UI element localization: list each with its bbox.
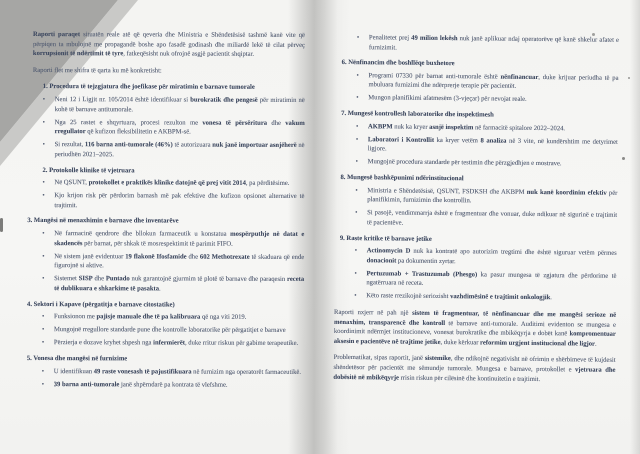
text-run: që kufizon fleksibilitetin e AKBPM-së. [86,128,191,135]
bullet-text: Pertuzumab + Trastuzumab (Phesgo) ka pas… [366,269,616,291]
section: 3. Mangësi në menaxhimin e barnave dhe i… [32,216,304,294]
section-title: 4. Sektori i Kapave (përgatitja e barnav… [27,300,304,311]
text-run: Nga 25 rastet e shqyrtuara, procesi rezu… [55,119,203,127]
text-run: dhe [93,276,106,283]
bullet-text: Si rezultat, 116 barna anti-tumorale (46… [55,140,305,160]
text-run: Këto raste rrezikojnë seriozisht [366,293,450,301]
bullet-item: •Në sistem janë evidentuar 19 flakonë If… [32,252,304,272]
bold-text-run: vazhdimësinë e trajtimit onkologjik [450,294,550,302]
section-title: 5. Vonesa dhe mangësi në furnizime [27,354,304,365]
text-run: në furnizim nga operatorët farmaceutikë. [192,368,302,375]
bold-text-run: reformim urgjent institucional dhe ligjo… [480,339,595,347]
bullet-icon: • [355,208,367,227]
bullet-icon: • [42,325,54,335]
bullet-text: 39 barna anti-tumorale janë shpërndarë p… [54,380,304,390]
bullet-text: Si pasojë, vendimmarrja është e fragment… [367,209,617,231]
bold-text-run: burokratik dhe pengesë [190,97,258,104]
bullet-icon: • [42,338,54,348]
bullet-item: •Nga 25 rastet e shqyrtuara, procesi rez… [33,118,305,138]
text-run: nuk ka kryer [393,123,430,130]
text-run: Si rezultat, [55,141,85,148]
bullet-icon: • [355,246,367,265]
bullet-item: •Si pasojë, vendimmarrja është e fragmen… [345,208,617,230]
bullet-item: •Në QSUNT, protokollet e praktikës klini… [32,178,304,189]
bullet-item: •U identifikuan 49 raste vonesash të paj… [32,367,304,378]
intro-paragraph: Raporti paraqet situatën reale atë që qe… [33,30,305,60]
bold-text-run: nënfinancuar [500,73,538,80]
bullet-text: Actinomycin D nuk ka kontratë apo autori… [367,246,617,268]
intro-paragraph: Raporti flet me shifra të qarta ku më ko… [33,66,305,77]
text-run: pa dokumentin zyrtar. [396,257,455,265]
bullet-text: Në sistem janë evidentuar 19 flakonë Ifo… [54,252,304,272]
bullet-icon: • [354,269,366,288]
section: 7. Mungesë kontrollesh laboratorike dhe … [346,109,619,170]
bullet-text: Funksionon me pajisje manuale dhe të pa … [54,312,304,322]
bullet-icon: • [43,140,55,159]
bold-text-run: nuk kanë koordinim efektiv [527,189,607,197]
bullet-icon: • [42,274,54,293]
text-run: Në sistem janë evidentuar [54,253,125,260]
bullet-item: •Funksionon me pajisje manuale dhe të pa… [32,312,304,323]
bold-text-run: pajisje manuale dhe të pa kalibruara [96,313,200,320]
bullet-icon: • [42,380,54,390]
bullet-item: •Kjo krijon risk për përdorim barnash më… [32,191,304,211]
bullet-text: Ministria e Shëndetësisë, QSUNT, FSDKSH … [367,186,617,208]
bullet-item: •Ministria e Shëndetësisë, QSUNT, FSDKSH… [345,186,617,208]
bullet-item: •Penalitetet prej 49 milion lekësh nuk j… [347,33,619,55]
text-run: Si pasojë, vendimmarrja është e fragment… [367,210,617,227]
bullet-icon: • [357,33,369,52]
bullet-icon: • [42,252,54,271]
text-run: , pa përditësime. [246,180,290,187]
bold-text-run: korrupsionit të ndërtimit të tyre [33,50,123,57]
text-run: nuk garantojnë gjurmim të plotë të barna… [130,276,287,284]
text-run: të autorizuara [173,142,213,149]
section-title: 9. Raste kritike të barnave jetike [340,233,617,245]
bullet-icon: • [354,292,366,302]
bullet-text: AKBPM nuk ka kryer asnjë inspektim në fa… [368,122,618,134]
text-run: U identifikuan [54,368,94,375]
bullet-icon: • [356,94,368,104]
bold-text-run: asnjë inspektim [429,124,473,131]
bold-text-run: Laboratori i Kontrollit [368,136,434,144]
text-run: Ministria e Shëndetësisë, QSUNT, FSDKSH … [367,187,526,196]
bullet-text: Penalitetet prej 49 milion lekësh nuk ja… [369,33,619,55]
text-run: Mungojnë procedura standarde për testimi… [368,159,562,168]
bullet-text: Programi 07330 për barnat anti-tumorale … [368,71,618,93]
bullet-text: Sistemet SISP dhe Puntado nuk garantojnë… [54,274,304,294]
bullet-icon: • [43,95,55,114]
section: 4. Sektori i Kapave (përgatitja e barnav… [32,300,304,349]
bullet-item: •Mungojnë procedura standarde për testim… [346,157,618,169]
bold-text-run: Pertuzumab + Trastuzumab (Phesgo) [366,270,477,278]
bold-text-run: 49 milion lekësh [411,35,457,42]
scan-artifact [0,218,3,232]
text-run: që nga viti 2019. [200,314,246,321]
bold-text-run: 8 analiza [480,137,506,144]
bold-text-run: sistemike [425,355,451,362]
text-run: Vonesa dhe mangësi në furnizime [33,355,127,362]
text-run: Procedura të tejzgjatura dhe joefikase p… [49,83,254,91]
bullet-item: •Këto raste rrezikojnë seriozisht vazhdi… [344,291,616,303]
bullet-item: •Pertuzumab + Trastuzumab (Phesgo) ka pa… [344,269,616,291]
section: 1. Procedura të tejzgjatura dhe joefikas… [33,82,305,160]
text-run: Mangësi në menaxhimin e barnave dhe inve… [34,217,179,225]
bullet-icon: • [43,118,55,137]
bold-text-run: 116 barna anti-tumorale (46%) [85,142,173,149]
bullet-item: •Laboratori i Kontrollit ka kryer vetëm … [346,135,618,157]
closing-paragraph: Problematikat, sipas raportit, janë sist… [333,353,615,385]
bullet-icon: • [355,186,367,205]
bullet-item: •AKBPM nuk ka kryer asnjë inspektim në f… [346,122,618,134]
text-run: Kjo krijon risk për përdorim barnash më … [54,192,304,209]
text-run: nuk ka kontratë apo autorizim tregtimi d… [410,248,616,257]
section-title: 1. Procedura të tejzgjatura dhe joefikas… [43,82,305,93]
section-title: 6. Nënfinancim dhe boshllëqe buxhetore [342,58,619,70]
text-run: për barnat, për shkak të mosrespektimit … [82,240,232,248]
text-run: Sektori i Kapave (përgatitja e barnave c… [34,301,175,308]
bullet-icon: • [42,178,54,188]
text-run: . [595,340,597,347]
section: 8. Mungesë bashkëpunimi ndërinstituciona… [345,173,618,230]
text-run: Funksionon me [54,313,97,320]
bold-text-run: 19 flakonë Ifosfamide [125,253,186,260]
bullet-item: •Actinomycin D nuk ka kontratë apo autor… [345,246,617,268]
section: 9. Raste kritike të barnave jetike•Actin… [344,233,617,303]
section: 5. Vonesa dhe mangësi në furnizime•U ide… [32,354,304,390]
section-title: 2. Protokolle klinike të vjetruara [42,166,304,177]
bullet-item: •Sistemet SISP dhe Puntado nuk garantojn… [32,274,304,294]
section: 2. Protokolle klinike të vjetruara•Në QS… [32,166,304,212]
bold-text-run: Puntado [106,276,130,283]
text-run: rrisin riskun për cilësinë dhe kontinuit… [399,374,540,382]
bullet-icon: • [356,71,368,90]
text-run: Mungojnë rregullore standarde pune dhe k… [54,326,286,334]
bold-text-run: Actinomycin D [367,247,411,254]
page-left: Raporti paraqet situatën reale atë që qe… [32,30,305,394]
bold-text-run: 602 Methotrexate [200,253,250,260]
bold-text-run: vonesa të përsëritura [202,119,267,126]
bullet-icon: • [356,158,368,168]
bullet-item: •Përzierja e dozave kryhet shpesh nga in… [32,338,304,349]
bold-text-run: infermierët [153,340,185,347]
bold-text-run: protokollet e praktikës klinike datojnë … [89,179,246,187]
bullet-item: •Në farmacinë qendrore dhe bllokun farma… [32,229,304,249]
text-run: Raporti nxjerr në pah një [334,309,412,317]
page-edge-shadow [630,0,640,454]
section-title: 7. Mungesë kontrollesh laboratorike dhe … [341,109,618,121]
text-run: Sistemet [54,275,79,282]
text-run: janë shpërndarë pa kontrata të vlefshme. [119,381,227,388]
bold-text-run: nuk janë importuar asnjëherë [212,142,296,149]
text-run: , duke kërkuar [440,339,480,346]
bullet-text: U identifikuan 49 raste vonesash të paju… [54,367,304,377]
bullet-icon: • [356,122,368,132]
bullet-text: Nga 25 rastet e shqyrtuara, procesi rezu… [55,118,305,138]
scanned-report-spread: Raporti paraqet situatën reale atë që qe… [0,0,640,454]
bullet-text: Laboratori i Kontrollit ka kryer vetëm 8… [368,135,618,157]
text-run: Në QSUNT, [54,179,88,186]
text-run: dhe [187,253,200,260]
bullet-text: Kjo krijon risk për përdorim barnash më … [54,191,304,211]
bullet-text: Këto raste rrezikojnë seriozisht vazhdim… [366,292,616,304]
bullet-text: Në QSUNT, protokollet e praktikës klinik… [54,178,304,188]
text-run: Programi 07330 për barnat anti-tumorale … [369,72,501,80]
bullet-item: •Programi 07330 për barnat anti-tumorale… [346,71,618,93]
bullet-icon: • [42,229,54,248]
bullet-text: Mungojnë procedura standarde për testimi… [368,158,618,170]
text-run: Raste kritike të barnave jetike [346,235,431,243]
bullet-item: •Mungon planifikimi afatmesëm (3-vjeçar)… [346,93,618,105]
bullet-text: Në farmacinë qendrore dhe bllokun farmac… [54,229,304,249]
bullet-icon: • [42,367,54,377]
text-run: Problematikat, sipas raportit, janë [334,354,425,362]
section-title: 3. Mangësi në menaxhimin e barnave dhe i… [27,216,304,227]
bold-text-run: 49 raste vonesash të pajustifikuara [94,368,192,375]
bullet-icon: • [42,312,54,322]
text-run: në farmacitë spitalore 2022–2024. [473,124,565,132]
section: 6. Nënfinancim dhe boshllëqe buxhetore•P… [346,58,618,106]
text-run: , fatkeqësisht nuk ofrojnë asgjë pacient… [123,51,254,58]
bold-text-run: AKBPM [368,123,393,130]
bullet-text: Përzierja e dozave kryhet shpesh nga inf… [54,338,304,348]
text-run: dhe [267,119,285,126]
text-run: Nënfinancim dhe boshllëqe buxhetore [348,59,454,67]
page-right: •Penalitetet prej 49 milion lekësh nuk j… [343,33,619,392]
bullet-icon: • [356,135,368,154]
text-run: Protokolle klinike të vjetruara [49,167,134,174]
scan-artifact [628,77,630,79]
text-run: Mungesë kontrollesh laboratorike dhe ins… [348,110,494,119]
bold-text-run: SISP [79,276,93,283]
bold-text-run: 39 barna anti-tumorale [54,381,120,388]
bullet-text: Mungojnë rregullore standarde pune dhe k… [54,325,304,335]
section-title: 8. Mungesë bashkëpunimi ndërinstituciona… [340,173,617,185]
bold-text-run: donacionit [367,257,397,264]
bullet-item: •Neni 12 i Ligjit nr. 105/2014 është ide… [33,95,305,115]
bullet-icon: • [42,191,54,210]
text-run: Penalitetet prej [369,34,411,41]
text-run: Raporti flet me shifra të qarta ku më ko… [33,67,162,74]
text-run: ka kryer vetëm [434,137,481,144]
bullet-item: •Si rezultat, 116 barna anti-tumorale (4… [33,140,305,160]
bullet-text: Mungon planifikimi afatmesëm (3-vjeçar) … [368,94,618,106]
scan-artifact [622,157,625,160]
text-run: Mungesë bashkëpunimi ndërinstitucional [347,174,464,182]
bold-text-run: Raporti paraqet [33,31,80,38]
bullet-text: Neni 12 i Ligjit nr. 105/2014 është iden… [55,95,305,115]
bullet-item: •Mungojnë rregullore standarde pune dhe … [32,325,304,336]
text-run: Në farmacinë qendrore dhe bllokun farmac… [54,230,230,238]
text-run: Neni 12 i Ligjit nr. 105/2014 është iden… [55,96,190,103]
text-run: , duke rritur riskun për gabime terapeut… [185,340,298,347]
closing-paragraph: Raporti nxjerr në pah një sistem të frag… [334,308,616,349]
text-run: Mungon planifikimi afatmesëm (3-vjeçar) … [368,95,526,104]
text-run: Përzierja e dozave kryhet shpesh nga [54,339,153,346]
text-run: . [159,285,161,292]
bullet-item: •39 barna anti-tumorale janë shpërndarë … [32,380,304,391]
text-run: . [550,295,552,302]
